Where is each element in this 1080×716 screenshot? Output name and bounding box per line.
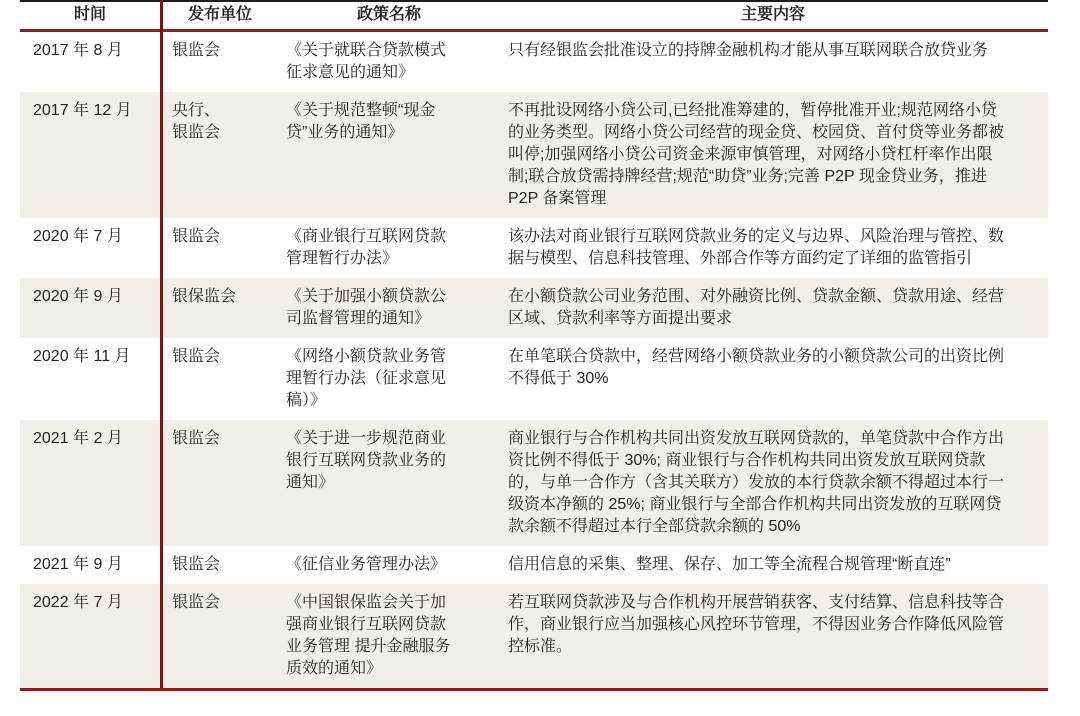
col-header-time: 时间: [20, 2, 160, 29]
table-row: 2021 年 2 月银监会《关于进一步规范商业银行互联网贷款业务的通知》商业银行…: [20, 420, 1048, 546]
table-row: 2022 年 7 月银监会《中国银保监会关于加强商业银行互联网贷款业务管理 提升…: [20, 584, 1048, 688]
vertical-red-divider: [160, 0, 163, 688]
table-row: 2021 年 9 月银监会《征信业务管理办法》信用信息的采集、整理、保存、加工等…: [20, 546, 1048, 584]
cell-policy: 《网络小额贷款业务管理暂行办法（征求意见稿）》: [280, 338, 498, 420]
cell-policy: 《关于就联合贷款模式征求意见的通知》: [280, 32, 498, 92]
cell-time: 2020 年 9 月: [20, 278, 160, 338]
cell-time: 2021 年 2 月: [20, 420, 160, 546]
cell-content: 在单笔联合贷款中，经营网络小额贷款业务的小额贷款公司的出资比例不得低于 30%: [498, 338, 1048, 420]
cell-time: 2020 年 11 月: [20, 338, 160, 420]
cell-issuer: 银监会: [160, 546, 280, 584]
cell-time: 2021 年 9 月: [20, 546, 160, 584]
cell-content: 商业银行与合作机构共同出资发放互联网贷款的，单笔贷款中合作方出资比例不得低于 3…: [498, 420, 1048, 546]
cell-content: 该办法对商业银行互联网贷款业务的定义与边界、风险治理与管控、数据与模型、信息科技…: [498, 218, 1048, 278]
cell-time: 2020 年 7 月: [20, 218, 160, 278]
cell-issuer: 银保监会: [160, 278, 280, 338]
cell-policy: 《中国银保监会关于加强商业银行互联网贷款业务管理 提升金融服务质效的通知》: [280, 584, 498, 688]
col-header-policy: 政策名称: [280, 2, 498, 29]
cell-policy: 《征信业务管理办法》: [280, 546, 498, 584]
col-header-content: 主要内容: [498, 2, 1048, 29]
cell-issuer: 银监会: [160, 218, 280, 278]
table-row: 2020 年 7 月银监会《商业银行互联网贷款管理暂行办法》该办法对商业银行互联…: [20, 218, 1048, 278]
table-body: 2017 年 8 月银监会《关于就联合贷款模式征求意见的通知》只有经银监会批准设…: [20, 32, 1048, 688]
cell-time: 2017 年 8 月: [20, 32, 160, 92]
table-row: 2020 年 9 月银保监会《关于加强小额贷款公司监督管理的通知》在小额贷款公司…: [20, 278, 1048, 338]
cell-issuer: 银监会: [160, 584, 280, 688]
table-header: 时间 发布单位 政策名称 主要内容: [20, 0, 1048, 32]
cell-issuer: 央行、 银监会: [160, 92, 280, 218]
cell-policy: 《关于加强小额贷款公司监督管理的通知》: [280, 278, 498, 338]
cell-issuer: 银监会: [160, 338, 280, 420]
cell-policy: 《商业银行互联网贷款管理暂行办法》: [280, 218, 498, 278]
cell-issuer: 银监会: [160, 32, 280, 92]
cell-content: 信用信息的采集、整理、保存、加工等全流程合规管理“断直连”: [498, 546, 1048, 584]
cell-issuer: 银监会: [160, 420, 280, 546]
table-row: 2017 年 12 月央行、 银监会《关于规范整顿“现金贷”业务的通知》不再批设…: [20, 92, 1048, 218]
cell-time: 2022 年 7 月: [20, 584, 160, 688]
cell-content: 只有经银监会批准设立的持牌金融机构才能从事互联网联合放贷业务: [498, 32, 1048, 92]
col-header-issuer: 发布单位: [160, 2, 280, 29]
cell-time: 2017 年 12 月: [20, 92, 160, 218]
table-row: 2017 年 8 月银监会《关于就联合贷款模式征求意见的通知》只有经银监会批准设…: [20, 32, 1048, 92]
cell-content: 不再批设网络小贷公司,已经批准筹建的，暂停批准开业;规范网络小贷的业务类型。网络…: [498, 92, 1048, 218]
table-row: 2020 年 11 月银监会《网络小额贷款业务管理暂行办法（征求意见稿）》在单笔…: [20, 338, 1048, 420]
cell-content: 在小额贷款公司业务范围、对外融资比例、贷款金额、贷款用途、经营区域、贷款利率等方…: [498, 278, 1048, 338]
cell-policy: 《关于规范整顿“现金贷”业务的通知》: [280, 92, 498, 218]
cell-policy: 《关于进一步规范商业银行互联网贷款业务的通知》: [280, 420, 498, 546]
policy-table: 时间 发布单位 政策名称 主要内容 2017 年 8 月银监会《关于就联合贷款模…: [20, 0, 1048, 691]
cell-content: 若互联网贷款涉及与合作机构开展营销获客、支付结算、信息科技等合作，商业银行应当加…: [498, 584, 1048, 688]
